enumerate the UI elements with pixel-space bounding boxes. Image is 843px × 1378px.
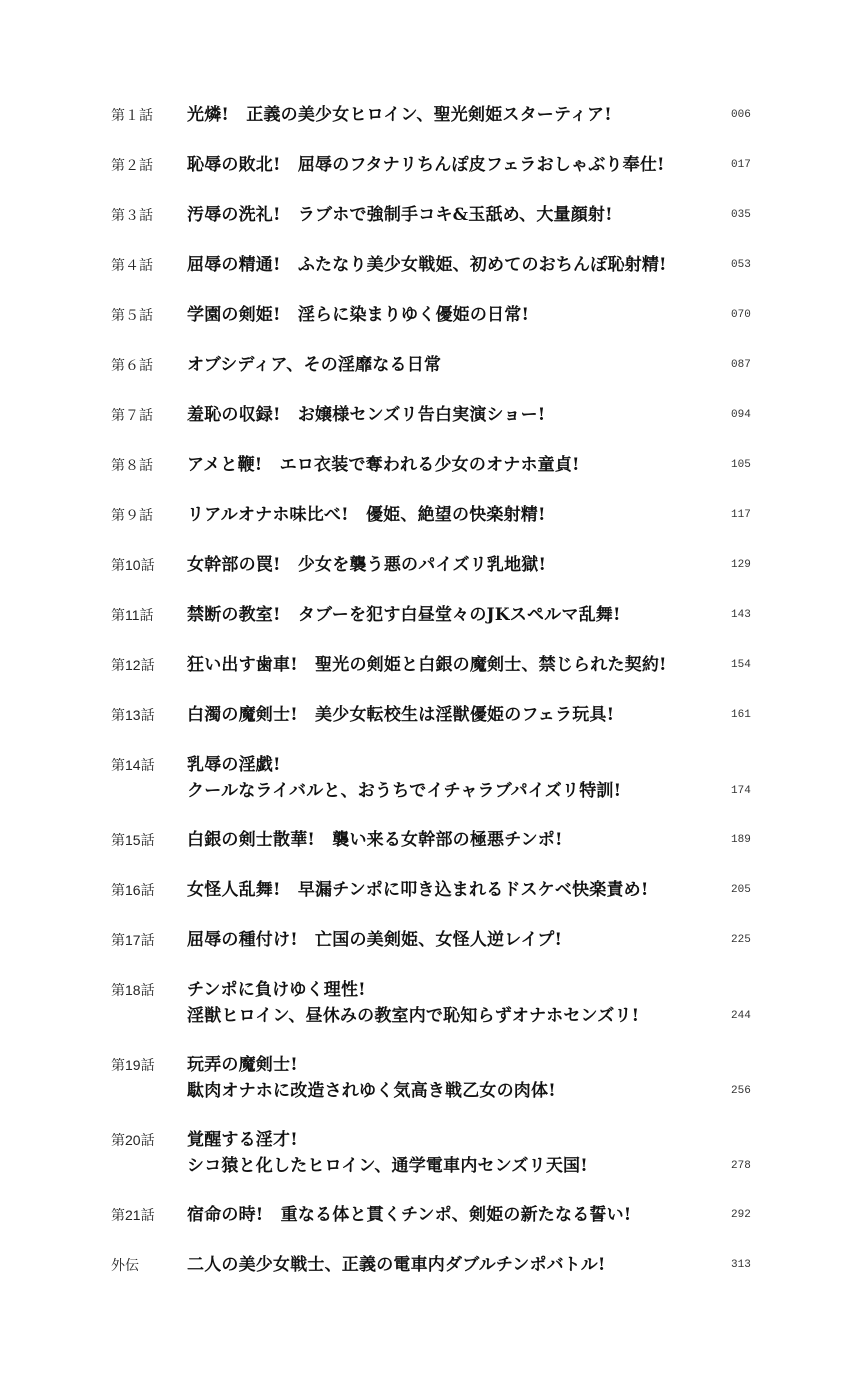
chapter-number: 外伝: [111, 1255, 139, 1275]
chapter-number: 第15話: [111, 830, 155, 850]
chapter-title-line1: 狂い出す歯車! 聖光の剣姫と白銀の魔剣士、禁じられた契約!: [187, 655, 667, 675]
chapter-title-line1: 恥辱の敗北! 屈辱のフタナリちんぽ皮フェラおしゃぶり奉仕!: [187, 155, 665, 175]
page-number: 087: [731, 357, 751, 373]
chapter-number: 第６話: [111, 355, 153, 375]
chapter-title: 覚醒する淫才!シコ猿と化したヒロイン、通学電車内センズリ天国!: [187, 1128, 588, 1178]
chapter-title: アメと鞭! エロ衣装で奪われる少女のオナホ童貞!: [187, 453, 580, 477]
page-number: 292: [731, 1207, 751, 1223]
chapter-number: 第８話: [111, 455, 153, 475]
page-number: 053: [731, 257, 751, 273]
page-number: 313: [731, 1257, 751, 1273]
chapter-number: 第14話: [111, 755, 155, 775]
page-number: 105: [731, 457, 751, 473]
page-number: 035: [731, 207, 751, 223]
chapter-title: 恥辱の敗北! 屈辱のフタナリちんぽ皮フェラおしゃぶり奉仕!: [187, 153, 665, 177]
chapter-title-line1: 乳辱の淫戯!: [187, 755, 281, 775]
chapter-title-line1: リアルオナホ味比べ! 優姫、絶望の快楽射精!: [187, 505, 546, 525]
chapter-title-line1: 覚醒する淫才!: [187, 1130, 298, 1150]
chapter-number: 第９話: [111, 505, 153, 525]
chapter-title: リアルオナホ味比べ! 優姫、絶望の快楽射精!: [187, 503, 546, 527]
chapter-title-line1: 禁断の教室! タブーを犯す白昼堂々のJKスペルマ乱舞!: [187, 605, 621, 625]
page-number: 154: [731, 657, 751, 673]
chapter-title-line1: 女怪人乱舞! 早漏チンポに叩き込まれるドスケベ快楽責め!: [187, 880, 649, 900]
page-number: 256: [731, 1083, 751, 1099]
page-number: 174: [731, 783, 751, 799]
chapter-number: 第３話: [111, 205, 153, 225]
page-number: 006: [731, 107, 751, 123]
page-number: 278: [731, 1158, 751, 1174]
chapter-number: 第12話: [111, 655, 155, 675]
chapter-title-line1: 屈辱の精通! ふたなり美少女戦姫、初めてのおちんぽ恥射精!: [187, 255, 667, 275]
chapter-title: オブシディア、その淫靡なる日常: [187, 353, 441, 377]
chapter-title-line1: 二人の美少女戦士、正義の電車内ダブルチンポバトル!: [187, 1255, 606, 1275]
chapter-number: 第18話: [111, 980, 155, 1000]
chapter-number: 第21話: [111, 1205, 155, 1225]
chapter-number: 第10話: [111, 555, 155, 575]
chapter-title-line1: アメと鞭! エロ衣装で奪われる少女のオナホ童貞!: [187, 455, 580, 475]
chapter-title-line1: 女幹部の罠! 少女を襲う悪のパイズリ乳地獄!: [187, 555, 546, 575]
chapter-number: 第１話: [111, 105, 153, 125]
chapter-title-line1: 玩弄の魔剣士!: [187, 1055, 298, 1075]
chapter-number: 第13話: [111, 705, 155, 725]
chapter-title: 屈辱の精通! ふたなり美少女戦姫、初めてのおちんぽ恥射精!: [187, 253, 667, 277]
chapter-title: 屈辱の種付け! 亡国の美剣姫、女怪人逆レイプ!: [187, 928, 562, 952]
chapter-title-line2: 駄肉オナホに改造されゆく気高き戦乙女の肉体!: [187, 1079, 556, 1103]
page-number: 244: [731, 1008, 751, 1024]
chapter-title: 乳辱の淫戯!クールなライバルと、おうちでイチャラブパイズリ特訓!: [187, 753, 621, 803]
chapter-title: 女幹部の罠! 少女を襲う悪のパイズリ乳地獄!: [187, 553, 546, 577]
chapter-title-line1: チンポに負けゆく理性!: [187, 980, 366, 1000]
page-number: 205: [731, 882, 751, 898]
chapter-title: チンポに負けゆく理性!淫獣ヒロイン、昼休みの教室内で恥知らずオナホセンズリ!: [187, 978, 639, 1028]
chapter-title: 汚辱の洗礼! ラブホで強制手コキ&玉舐め、大量顔射!: [187, 203, 613, 227]
page-number: 017: [731, 157, 751, 173]
chapter-title-line1: 白濁の魔剣士! 美少女転校生は淫獣優姫のフェラ玩具!: [187, 705, 614, 725]
page-number: 189: [731, 832, 751, 848]
chapter-title-line1: 光燐! 正義の美少女ヒロイン、聖光剣姫スターティア!: [187, 105, 612, 125]
chapter-title-line1: 羞恥の収録! お嬢様センズリ告白実演ショー!: [187, 405, 545, 425]
chapter-number: 第２話: [111, 155, 153, 175]
chapter-title-line2: シコ猿と化したヒロイン、通学電車内センズリ天国!: [187, 1154, 588, 1178]
chapter-title: 玩弄の魔剣士!駄肉オナホに改造されゆく気高き戦乙女の肉体!: [187, 1053, 556, 1103]
chapter-title: 光燐! 正義の美少女ヒロイン、聖光剣姫スターティア!: [187, 103, 612, 127]
chapter-number: 第４話: [111, 255, 153, 275]
chapter-title: 白濁の魔剣士! 美少女転校生は淫獣優姫のフェラ玩具!: [187, 703, 614, 727]
chapter-title: 白銀の剣士散華! 襲い来る女幹部の極悪チンポ!: [187, 828, 563, 852]
chapter-title-line1: 学園の剣姫! 淫らに染まりゆく優姫の日常!: [187, 305, 529, 325]
chapter-number: 第19話: [111, 1055, 155, 1075]
page-number: 143: [731, 607, 751, 623]
chapter-number: 第11話: [111, 605, 154, 625]
chapter-title: 狂い出す歯車! 聖光の剣姫と白銀の魔剣士、禁じられた契約!: [187, 653, 667, 677]
chapter-title-line1: オブシディア、その淫靡なる日常: [187, 355, 441, 375]
page-number: 070: [731, 307, 751, 323]
chapter-title-line1: 汚辱の洗礼! ラブホで強制手コキ&玉舐め、大量顔射!: [187, 205, 613, 225]
chapter-title-line1: 屈辱の種付け! 亡国の美剣姫、女怪人逆レイプ!: [187, 930, 562, 950]
page-number: 117: [731, 507, 751, 523]
chapter-number: 第20話: [111, 1130, 155, 1150]
chapter-number: 第７話: [111, 405, 153, 425]
chapter-title-line2: クールなライバルと、おうちでイチャラブパイズリ特訓!: [187, 779, 621, 803]
chapter-title: 禁断の教室! タブーを犯す白昼堂々のJKスペルマ乱舞!: [187, 603, 621, 627]
chapter-title-line2: 淫獣ヒロイン、昼休みの教室内で恥知らずオナホセンズリ!: [187, 1004, 639, 1028]
chapter-title: 女怪人乱舞! 早漏チンポに叩き込まれるドスケベ快楽責め!: [187, 878, 649, 902]
chapter-title-line1: 白銀の剣士散華! 襲い来る女幹部の極悪チンポ!: [187, 830, 563, 850]
chapter-number: 第５話: [111, 305, 153, 325]
chapter-title: 学園の剣姫! 淫らに染まりゆく優姫の日常!: [187, 303, 529, 327]
page-number: 129: [731, 557, 751, 573]
chapter-number: 第16話: [111, 880, 155, 900]
page-number: 225: [731, 932, 751, 948]
chapter-title: 宿命の時! 重なる体と貫くチンポ、剣姫の新たなる誓い!: [187, 1203, 631, 1227]
chapter-title-line1: 宿命の時! 重なる体と貫くチンポ、剣姫の新たなる誓い!: [187, 1205, 631, 1225]
page-number: 161: [731, 707, 751, 723]
chapter-title: 二人の美少女戦士、正義の電車内ダブルチンポバトル!: [187, 1253, 606, 1277]
chapter-title: 羞恥の収録! お嬢様センズリ告白実演ショー!: [187, 403, 545, 427]
chapter-number: 第17話: [111, 930, 155, 950]
page-number: 094: [731, 407, 751, 423]
